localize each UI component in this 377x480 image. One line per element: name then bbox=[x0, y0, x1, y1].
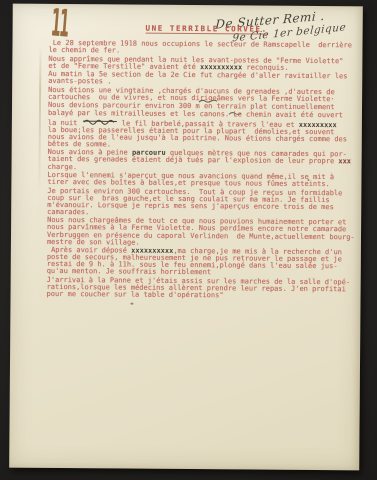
paragraph-8: Je portais environ 300 cartouches. Tout … bbox=[47, 188, 363, 219]
typed-text-block: UNE TERRIBLE CORVEE. Le 28 septembre 191… bbox=[47, 24, 365, 302]
scan-background: { "scan": { "background_color": "#232220… bbox=[0, 0, 377, 480]
typed-text: Nous étions une vingtaine ,chargés d'auc… bbox=[48, 86, 335, 103]
paragraph-10: Après avoir déposé xxxxxxxxxx,ma charge,… bbox=[47, 247, 363, 278]
paragraph-11: J'arrivai à la Panne et j'étais assis su… bbox=[47, 277, 363, 301]
paragraph-6: Nous avions à peine parcouru quelques mè… bbox=[48, 149, 364, 173]
typed-text: reconquis. bbox=[242, 63, 288, 71]
paper-crease-vertical bbox=[38, 44, 41, 194]
typed-text: Au matin la 5e section de la 2e Cie fut … bbox=[48, 70, 347, 86]
paragraph-9: Nous nous chargeâmes de tout ce que nous… bbox=[47, 217, 363, 248]
typed-text: Nous nous chargeâmes de tout ce que nous… bbox=[47, 216, 355, 246]
document-title: UNE TERRIBLE CORVEE. bbox=[49, 24, 365, 36]
typed-text: Je portais environ 300 cartouches. Tout … bbox=[47, 187, 342, 217]
typed-text: J'arrivai à la Panne et j'étais assis su… bbox=[47, 276, 351, 300]
paragraph-5: Nous devions parcourir environ 300 m en … bbox=[48, 102, 364, 150]
typed-text: Lorsque l'ennemi s'aperçut que nous avan… bbox=[47, 171, 334, 188]
overtyped-strikeout: xxxxxxxxxx bbox=[200, 63, 242, 71]
paper-speck-1 bbox=[130, 303, 133, 305]
typed-text: Le 28 septembre 1918 nous occupions le s… bbox=[48, 39, 352, 55]
document-paper: 11 De Sutter Remi . 9e Cie 1er belgique … bbox=[9, 4, 363, 471]
typed-text: Nous apprîmes que pendant la nuit les av… bbox=[48, 55, 343, 71]
overtyped-strikeout: xxx bbox=[338, 158, 351, 166]
